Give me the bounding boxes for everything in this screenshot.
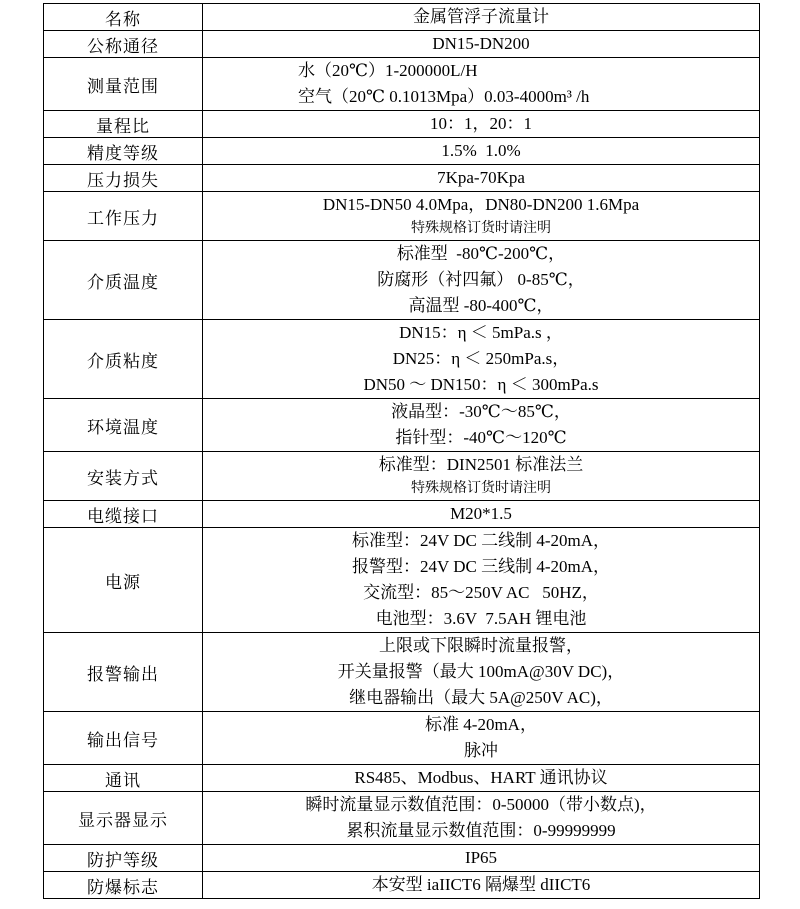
value-line: 指针型：-40℃～120℃ xyxy=(203,425,759,451)
row-value: DN15-DN50 4.0Mpa，DN80-DN200 1.6Mpa特殊规格订货… xyxy=(203,192,760,241)
table-row: 环境温度液晶型：-30℃～85℃，指针型：-40℃～120℃ xyxy=(44,399,760,452)
row-label: 通讯 xyxy=(44,765,203,792)
value-line: 标准型 -80℃-200℃， xyxy=(203,241,759,267)
row-value: 10：1，20：1 xyxy=(203,111,760,138)
value-line: DN15：η ＜ 5mPa.s ， xyxy=(203,320,759,346)
row-value: 液晶型：-30℃～85℃，指针型：-40℃～120℃ xyxy=(203,399,760,452)
table-row: 精度等级1.5% 1.0% xyxy=(44,138,760,165)
value-line: 标准型：DIN2501 标准法兰 xyxy=(203,452,759,478)
row-label: 电源 xyxy=(44,528,203,633)
value-line: 特殊规格订货时请注明 xyxy=(203,218,759,240)
row-label: 防爆标志 xyxy=(44,872,203,899)
row-value: 本安型 iaIICT6 隔爆型 dIICT6 xyxy=(203,872,760,899)
row-label: 量程比 xyxy=(44,111,203,138)
row-label: 精度等级 xyxy=(44,138,203,165)
value-line: 水（20℃）1-200000L/H xyxy=(298,58,759,84)
row-value: M20*1.5 xyxy=(203,501,760,528)
table-row: 显示器显示瞬时流量显示数值范围：0-50000（带小数点)，累积流量显示数值范围… xyxy=(44,792,760,845)
row-label: 输出信号 xyxy=(44,712,203,765)
value-line: 防腐形（衬四氟） 0-85℃， xyxy=(203,267,759,293)
value-line: DN15-DN200 xyxy=(203,31,759,57)
value-line: 液晶型：-30℃～85℃， xyxy=(203,399,759,425)
row-label: 电缆接口 xyxy=(44,501,203,528)
row-value: 标准型 -80℃-200℃，防腐形（衬四氟） 0-85℃，高温型 -80-400… xyxy=(203,241,760,320)
row-value: 标准 4-20mA，脉冲 xyxy=(203,712,760,765)
row-label: 报警输出 xyxy=(44,633,203,712)
spec-table: 名称金属管浮子流量计公称通径DN15-DN200测量范围水（20℃）1-2000… xyxy=(43,3,760,899)
table-row: 输出信号标准 4-20mA，脉冲 xyxy=(44,712,760,765)
row-value: 标准型：DIN2501 标准法兰特殊规格订货时请注明 xyxy=(203,452,760,501)
value-line: 上限或下限瞬时流量报警， xyxy=(203,633,759,659)
value-line: 7Kpa-70Kpa xyxy=(203,165,759,191)
row-value: IP65 xyxy=(203,845,760,872)
row-value: DN15：η ＜ 5mPa.s ，DN25：η ＜ 250mPa.s，DN50 … xyxy=(203,320,760,399)
value-line: 金属管浮子流量计 xyxy=(203,4,759,30)
value-line: 继电器输出（最大 5A@250V AC)， xyxy=(203,685,759,711)
value-line: IP65 xyxy=(203,845,759,871)
row-label: 压力损失 xyxy=(44,165,203,192)
row-label: 测量范围 xyxy=(44,58,203,111)
value-line: 报警型：24V DC 三线制 4-20mA， xyxy=(203,554,759,580)
spec-table-body: 名称金属管浮子流量计公称通径DN15-DN200测量范围水（20℃）1-2000… xyxy=(44,4,760,899)
table-row: 测量范围水（20℃）1-200000L/H空气（20℃ 0.1013Mpa）0.… xyxy=(44,58,760,111)
table-row: 电源标准型：24V DC 二线制 4-20mA，报警型：24V DC 三线制 4… xyxy=(44,528,760,633)
value-line: 特殊规格订货时请注明 xyxy=(203,478,759,500)
value-line: 交流型：85～250V AC 50HZ， xyxy=(203,580,759,606)
row-label: 公称通径 xyxy=(44,31,203,58)
table-row: 防爆标志本安型 iaIICT6 隔爆型 dIICT6 xyxy=(44,872,760,899)
value-line: 累积流量显示数值范围：0-99999999 xyxy=(203,818,759,844)
value-line: 空气（20℃ 0.1013Mpa）0.03-4000m³ /h xyxy=(298,84,759,110)
table-row: 名称金属管浮子流量计 xyxy=(44,4,760,31)
table-row: 介质粘度DN15：η ＜ 5mPa.s ，DN25：η ＜ 250mPa.s，D… xyxy=(44,320,760,399)
row-value: 7Kpa-70Kpa xyxy=(203,165,760,192)
table-row: 报警输出上限或下限瞬时流量报警，开关量报警（最大 100mA@30V DC)，继… xyxy=(44,633,760,712)
table-row: 介质温度标准型 -80℃-200℃，防腐形（衬四氟） 0-85℃，高温型 -80… xyxy=(44,241,760,320)
table-row: 通讯RS485、Modbus、HART 通讯协议 xyxy=(44,765,760,792)
value-line: 电池型：3.6V 7.5AH 锂电池 xyxy=(203,606,759,632)
table-row: 工作压力DN15-DN50 4.0Mpa，DN80-DN200 1.6Mpa特殊… xyxy=(44,192,760,241)
value-line: M20*1.5 xyxy=(203,501,759,527)
row-value: 标准型：24V DC 二线制 4-20mA，报警型：24V DC 三线制 4-2… xyxy=(203,528,760,633)
value-line: 开关量报警（最大 100mA@30V DC)， xyxy=(203,659,759,685)
row-value: 金属管浮子流量计 xyxy=(203,4,760,31)
row-value: 水（20℃）1-200000L/H空气（20℃ 0.1013Mpa）0.03-4… xyxy=(203,58,760,111)
row-label: 名称 xyxy=(44,4,203,31)
value-line: 本安型 iaIICT6 隔爆型 dIICT6 xyxy=(203,872,759,898)
value-line: 10：1，20：1 xyxy=(203,111,759,137)
value-line: 标准型：24V DC 二线制 4-20mA， xyxy=(203,528,759,554)
row-label: 介质温度 xyxy=(44,241,203,320)
value-line: 瞬时流量显示数值范围：0-50000（带小数点)， xyxy=(203,792,759,818)
value-line: DN25：η ＜ 250mPa.s， xyxy=(203,346,759,372)
row-label: 安装方式 xyxy=(44,452,203,501)
row-value: 1.5% 1.0% xyxy=(203,138,760,165)
row-label: 环境温度 xyxy=(44,399,203,452)
table-row: 防护等级IP65 xyxy=(44,845,760,872)
table-row: 电缆接口M20*1.5 xyxy=(44,501,760,528)
row-value: DN15-DN200 xyxy=(203,31,760,58)
value-line: 1.5% 1.0% xyxy=(203,138,759,164)
row-label: 介质粘度 xyxy=(44,320,203,399)
row-label: 防护等级 xyxy=(44,845,203,872)
row-value: 瞬时流量显示数值范围：0-50000（带小数点)，累积流量显示数值范围：0-99… xyxy=(203,792,760,845)
value-line: 标准 4-20mA， xyxy=(203,712,759,738)
row-value: RS485、Modbus、HART 通讯协议 xyxy=(203,765,760,792)
row-value: 上限或下限瞬时流量报警，开关量报警（最大 100mA@30V DC)，继电器输出… xyxy=(203,633,760,712)
table-row: 安装方式标准型：DIN2501 标准法兰特殊规格订货时请注明 xyxy=(44,452,760,501)
value-line: RS485、Modbus、HART 通讯协议 xyxy=(203,765,759,791)
value-line: 脉冲 xyxy=(203,738,759,764)
table-row: 量程比10：1，20：1 xyxy=(44,111,760,138)
value-line: 高温型 -80-400℃， xyxy=(203,293,759,319)
table-row: 公称通径DN15-DN200 xyxy=(44,31,760,58)
value-line: DN15-DN50 4.0Mpa，DN80-DN200 1.6Mpa xyxy=(203,192,759,218)
value-line: DN50 ～ DN150：η ＜ 300mPa.s xyxy=(203,372,759,398)
row-label: 工作压力 xyxy=(44,192,203,241)
table-row: 压力损失7Kpa-70Kpa xyxy=(44,165,760,192)
row-label: 显示器显示 xyxy=(44,792,203,845)
